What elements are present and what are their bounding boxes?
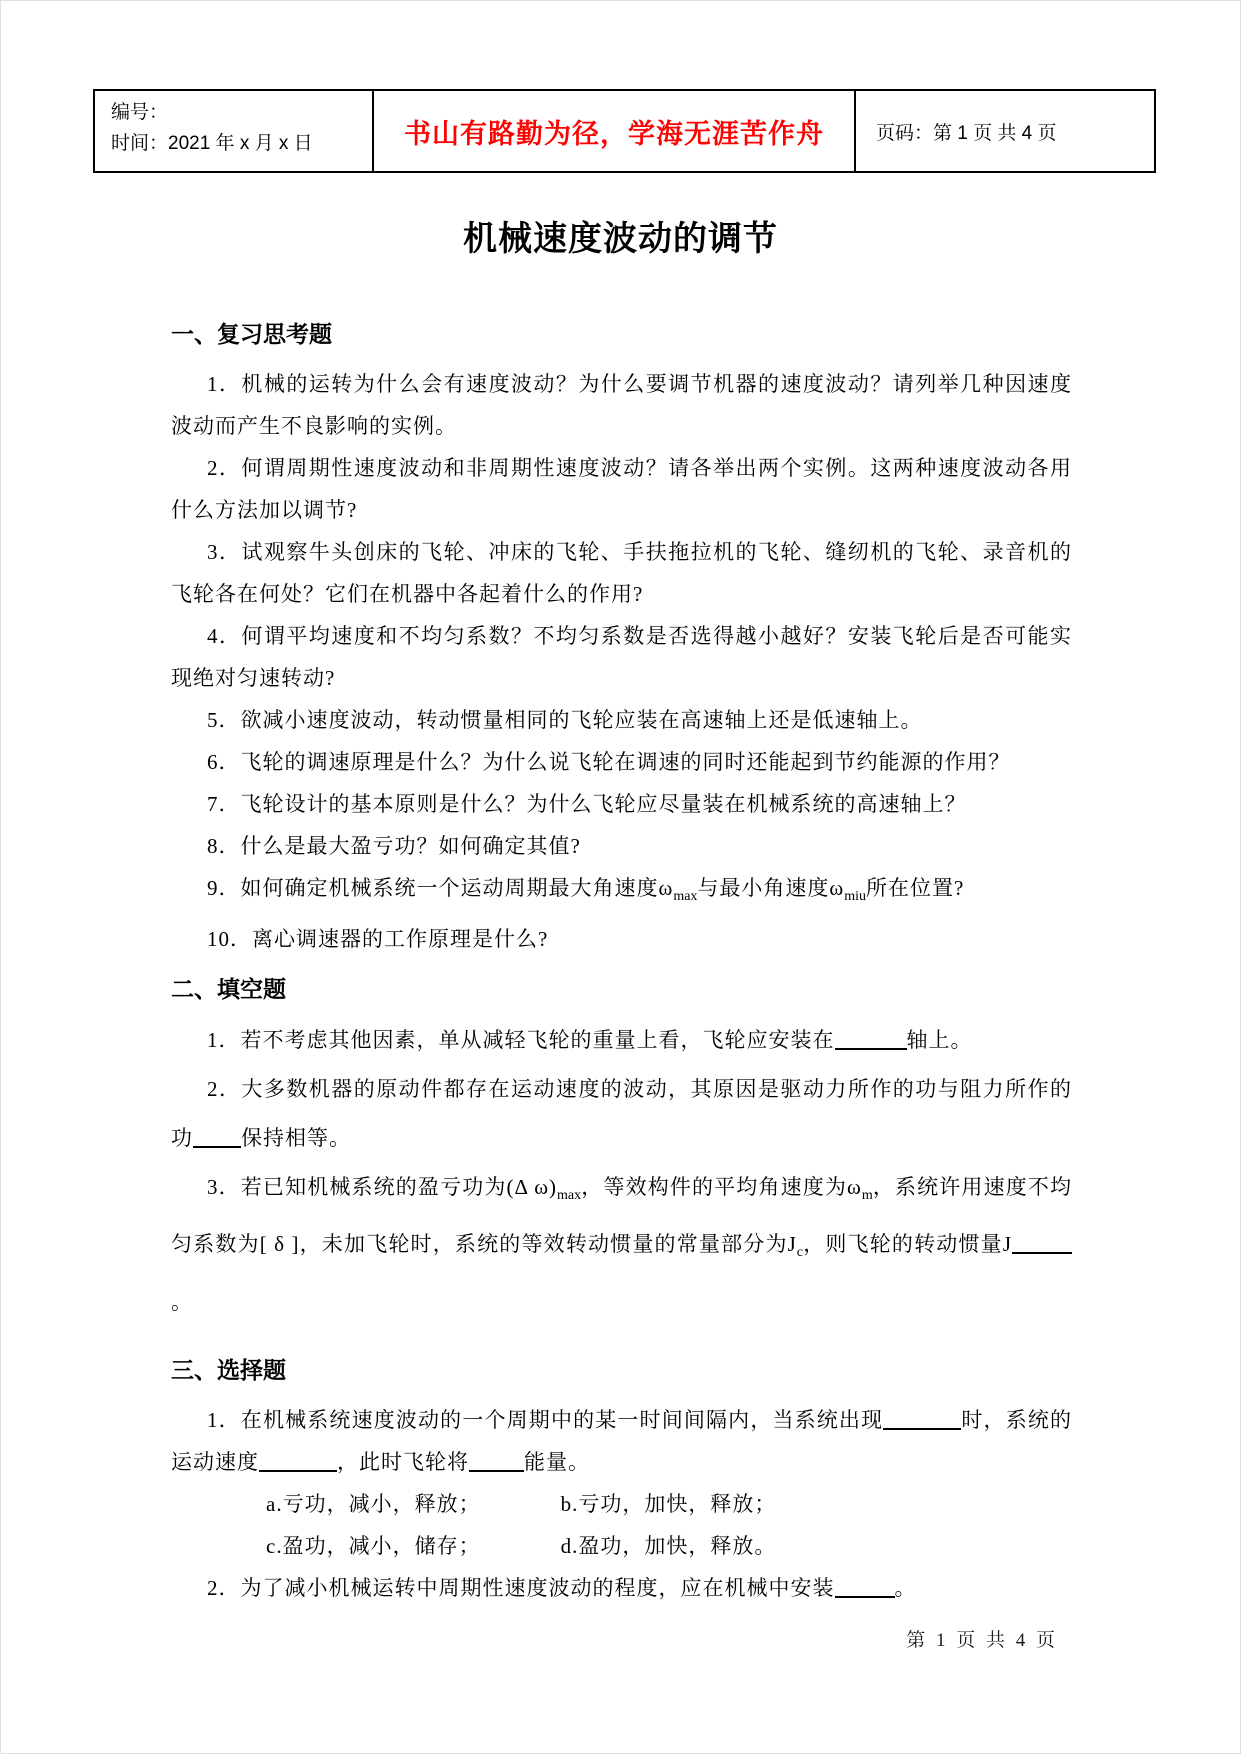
review-question-9: 9．如何确定机械系统一个运动周期最大角速度ωmax与最小角速度ωmiu所在位置? (171, 867, 1072, 918)
subscript: m (862, 1188, 873, 1203)
column-gap (481, 1552, 561, 1553)
review-question-10: 10．离心调速器的工作原理是什么? (171, 918, 1072, 960)
blank-underline (883, 1408, 961, 1430)
review-question-2: 2．何谓周期性速度波动和非周期性速度波动？请各举出两个实例。这两种速度波动各用什… (171, 447, 1072, 531)
document-title: 机械速度波动的调节 (1, 211, 1240, 260)
choice-question-1: 1．在机械系统速度波动的一个周期中的某一时间间隔内，当系统出现时，系统的运动速度… (171, 1399, 1072, 1483)
serial-label: 编号： (111, 97, 372, 128)
header-motto-cell: 书山有路勤为径，学海无涯苦作舟 (372, 91, 856, 171)
fill-question-3: 3．若已知机械系统的盈亏功为(Δ ω)max，等效构件的平均角速度为ωm，系统许… (171, 1163, 1072, 1326)
choice-options-ab: a.亏功，减小，释放；b.亏功，加快，释放； (171, 1483, 1072, 1525)
blank-underline (835, 1028, 907, 1050)
subscript: miu (844, 889, 866, 904)
review-question-8: 8．什么是最大盈亏功？如何确定其值? (171, 825, 1072, 867)
review-question-1: 1．机械的运转为什么会有速度波动？为什么要调节机器的速度波动？请列举几种因速度波… (171, 363, 1072, 447)
header-table: 编号： 时间：2021 年 x 月 x 日 书山有路勤为径，学海无涯苦作舟 页码… (93, 89, 1156, 173)
review-question-7: 7．飞轮设计的基本原则是什么？为什么飞轮应尽量装在机械系统的高速轴上？ (171, 783, 1072, 825)
subscript: max (673, 889, 697, 904)
subscript: max (557, 1188, 581, 1203)
review-question-3: 3．试观察牛头创床的飞轮、冲床的飞轮、手扶拖拉机的飞轮、缝纫机的飞轮、录音机的飞… (171, 531, 1072, 615)
review-question-4: 4．何谓平均速度和不均匀系数？不均匀系数是否选得越小越好？安装飞轮后是否可能实现… (171, 615, 1072, 699)
fill-question-1: 1．若不考虑其他因素，单从减轻飞轮的重量上看，飞轮应安装在轴上。 (171, 1016, 1072, 1065)
review-question-5: 5．欲减小速度波动，转动惯量相同的飞轮应装在高速轴上还是低速轴上。 (171, 699, 1072, 741)
document-page: 编号： 时间：2021 年 x 月 x 日 书山有路勤为径，学海无涯苦作舟 页码… (0, 0, 1241, 1754)
choice-options-cd: c.盈功，减小，储存；d.盈功，加快，释放。 (171, 1525, 1072, 1567)
header-page-cell: 页码：第 1 页 共 4 页 (856, 91, 1154, 171)
section-body-choice: 1．在机械系统速度波动的一个周期中的某一时间间隔内，当系统出现时，系统的运动速度… (171, 1399, 1072, 1609)
section-heading-fill: 二、填空题 (171, 974, 1072, 1004)
section-heading-review: 一、复习思考题 (171, 319, 1072, 349)
blank-underline (469, 1450, 524, 1472)
blank-underline (259, 1450, 337, 1472)
section-body-fill: 1．若不考虑其他因素，单从减轻飞轮的重量上看，飞轮应安装在轴上。2．大多数机器的… (171, 1016, 1072, 1326)
fill-question-2: 2．大多数机器的原动件都存在运动速度的波动，其原因是驱动力所作的功与阻力所作的功… (171, 1065, 1072, 1163)
motto-text: 书山有路勤为径，学海无涯苦作舟 (404, 112, 824, 151)
page-footer: 第 1 页 共 4 页 (906, 1625, 1058, 1652)
blank-underline (1012, 1232, 1072, 1254)
date-label: 时间：2021 年 x 月 x 日 (111, 128, 372, 159)
section-heading-choice: 三、选择题 (171, 1355, 1072, 1385)
choice-question-2: 2．为了减小机械运转中周期性速度波动的程度，应在机械中安装。 (171, 1567, 1072, 1609)
section-body-review: 1．机械的运转为什么会有速度波动？为什么要调节机器的速度波动？请列举几种因速度波… (171, 363, 1072, 960)
document-body: 一、复习思考题1．机械的运转为什么会有速度波动？为什么要调节机器的速度波动？请列… (171, 319, 1072, 1609)
page-number-label: 页码：第 1 页 共 4 页 (876, 118, 1057, 145)
subscript: c (797, 1246, 803, 1261)
column-gap (481, 1510, 561, 1511)
review-question-6: 6．飞轮的调速原理是什么？为什么说飞轮在调速的同时还能起到节约能源的作用？ (171, 741, 1072, 783)
blank-underline (835, 1576, 895, 1598)
header-meta-cell: 编号： 时间：2021 年 x 月 x 日 (95, 91, 372, 171)
blank-underline (193, 1126, 241, 1148)
